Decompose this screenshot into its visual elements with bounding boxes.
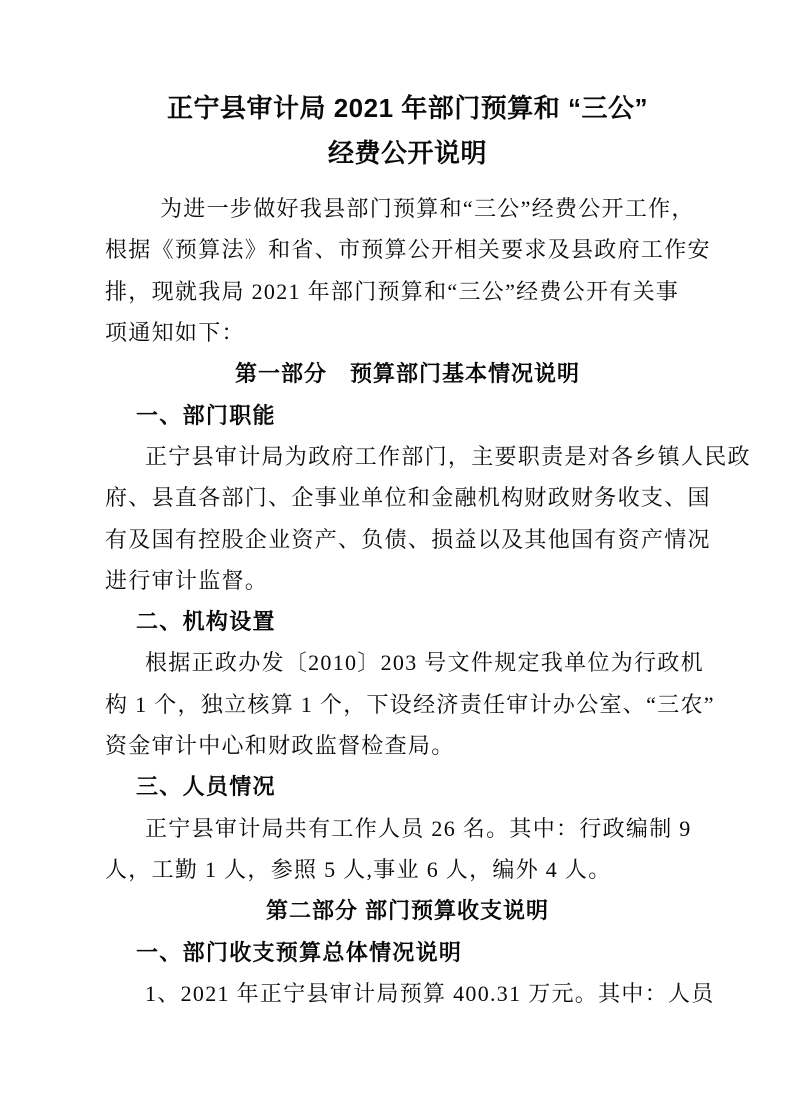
section-1-1-line-2: 府、县直各部门、企事业单位和金融机构财政财务收支、国 bbox=[105, 478, 710, 518]
doc-title-line-1: 正宁县审计局 2021 年部门预算和 “三公” bbox=[105, 86, 710, 130]
section-1-2-line-3: 资金审计中心和财政监督检查局。 bbox=[105, 726, 710, 766]
intro-para-line-4: 项通知如下： bbox=[105, 313, 710, 353]
section-1-1-line-3: 有及国有控股企业资产、负债、损益以及其他国有资产情况 bbox=[105, 520, 710, 560]
section-1-1-line-4: 进行审计监督。 bbox=[105, 561, 710, 601]
section-1-2-heading: 二、机构设置 bbox=[105, 602, 741, 642]
section-2-1-heading: 一、部门收支预算总体情况说明 bbox=[105, 933, 741, 973]
section-1-1-line-1: 正宁县审计局为政府工作部门，主要职责是对各乡镇人民政 bbox=[105, 437, 750, 477]
section-1-2-line-2: 构 1 个，独立核算 1 个，下设经济责任审计办公室、“三农” bbox=[105, 685, 710, 725]
part-1-heading: 第一部分 预算部门基本情况说明 bbox=[105, 354, 710, 394]
document-page: 正宁县审计局 2021 年部门预算和 “三公”经费公开说明为进一步做好我县部门预… bbox=[0, 0, 794, 1108]
section-1-1-heading: 一、部门职能 bbox=[105, 396, 741, 436]
intro-para-line-3: 排，现就我局 2021 年部门预算和“三公”经费公开有关事 bbox=[105, 272, 710, 312]
doc-title-line-2: 经费公开说明 bbox=[105, 131, 710, 175]
intro-para-line-1: 为进一步做好我县部门预算和“三公”经费公开工作， bbox=[105, 189, 765, 229]
part-2-heading: 第二部分 部门预算收支说明 bbox=[105, 891, 710, 931]
section-1-3-line-1: 正宁县审计局共有工作人员 26 名。其中：行政编制 9 bbox=[105, 809, 750, 849]
section-2-1-line-1: 1、2021 年正宁县审计局预算 400.31 万元。其中：人员 bbox=[105, 974, 750, 1014]
intro-para-line-2: 根据《预算法》和省、市预算公开相关要求及县政府工作安 bbox=[105, 230, 710, 270]
section-1-2-line-1: 根据正政办发〔2010〕203 号文件规定我单位为行政机 bbox=[105, 643, 750, 683]
section-1-3-heading: 三、人员情况 bbox=[105, 767, 741, 807]
section-1-3-line-2: 人，工勤 1 人，参照 5 人,事业 6 人，编外 4 人。 bbox=[105, 850, 710, 890]
